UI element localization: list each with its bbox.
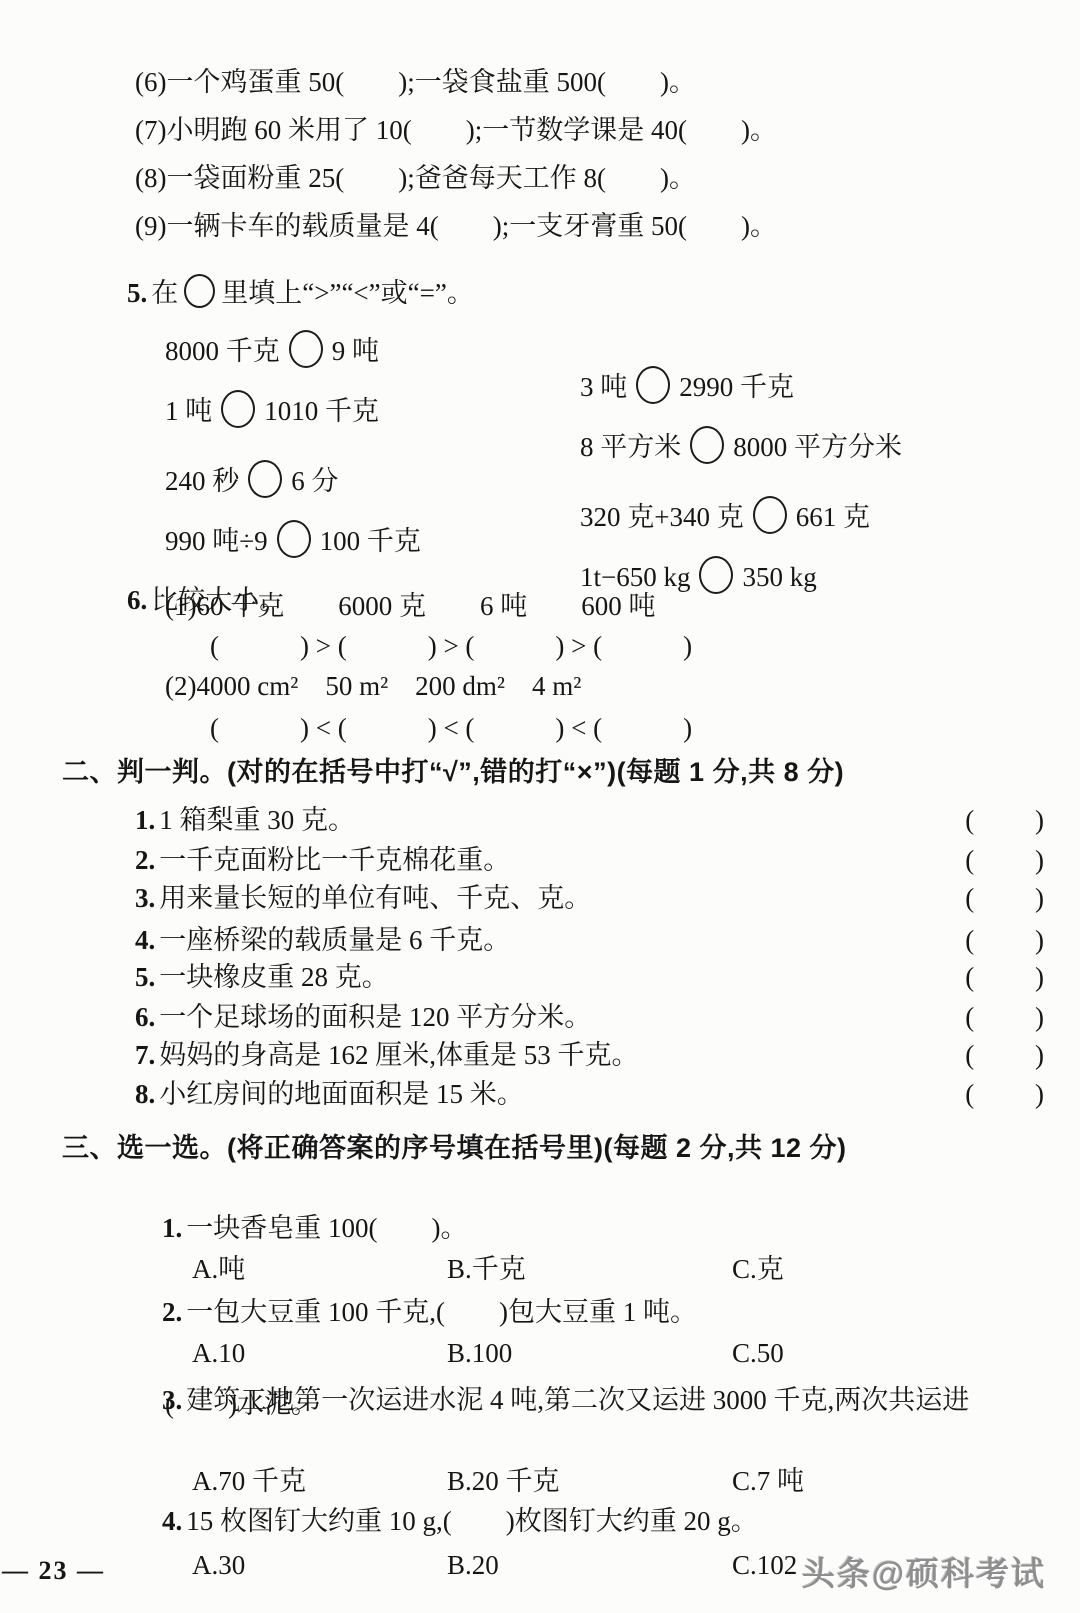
compare-right-value: 1010 千克 (264, 396, 379, 426)
judge-statement: 1 箱梨重 30 克。 (159, 805, 355, 835)
question-5-number: 5. (127, 278, 147, 308)
compare-left-value: 3 吨 (580, 372, 627, 402)
answer-paren-blank: ( ) (965, 842, 1044, 878)
answer-paren-blank: ( ) (965, 999, 1044, 1035)
judge-number: 6. (135, 1002, 155, 1032)
compare-right-value: 100 千克 (320, 526, 421, 556)
circle-blank (248, 460, 282, 498)
circle-blank (753, 496, 787, 534)
judge-text: 3.用来量长短的单位有吨、千克、克。 (135, 880, 591, 916)
section-2-header: 二、判一判。(对的在括号中打“√”,错的打“×”)(每题 1 分,共 8 分) (62, 754, 844, 790)
judge-number: 8. (135, 1079, 155, 1109)
comparison-row-4: 990 吨÷9100 千克 1t−650 kg350 kg (0, 484, 27, 628)
judge-statement: 小红房间的地面面积是 15 米。 (159, 1079, 524, 1109)
circle-blank (690, 426, 724, 464)
judge-item-4: 4.一座桥梁的载质量是 6 千克。( ) (135, 922, 1044, 958)
compare-left-value: 1 吨 (165, 396, 212, 426)
q6-parens-row-2: ( ) < ( ) < ( ) < ( ) (210, 710, 692, 746)
option-a: A.30 (192, 1547, 447, 1583)
answer-paren-blank: ( ) (965, 802, 1044, 838)
choice-4-options: A.30B.20C.102 (165, 1511, 797, 1613)
circle-blank (184, 274, 215, 308)
judge-number: 3. (135, 883, 155, 913)
option-c: C.克 (732, 1251, 784, 1287)
judge-item-8: 8.小红房间的地面面积是 15 米。( ) (135, 1076, 1044, 1112)
compare-left-value: 8 平方米 (580, 432, 681, 462)
compare-right-value: 2990 千克 (679, 372, 794, 402)
answer-paren-blank: ( ) (965, 922, 1044, 958)
q6-values-row-1: (1)60 千克 6000 克 6 吨 600 吨 (165, 588, 655, 624)
q6-values-row-2: (2)4000 cm² 50 m² 200 dm² 4 m² (165, 668, 581, 704)
question-6-number: 6. (127, 585, 147, 615)
comparison-cell: 240 秒6 分 (165, 460, 339, 501)
fill-item-6: (6)一个鸡蛋重 50( );一袋食盐重 500( )。 (135, 64, 696, 100)
compare-right-value: 661 克 (796, 502, 870, 532)
question-5-prefix: 在 (151, 278, 178, 308)
judge-text: 7.妈妈的身高是 162 厘米,体重是 53 千克。 (135, 1037, 639, 1073)
comparison-cell: 8 平方米8000 平方分米 (580, 426, 902, 467)
judge-statement: 一千克面粉比一千克棉花重。 (159, 845, 510, 875)
circle-blank (221, 390, 255, 428)
judge-number: 4. (135, 925, 155, 955)
choice-question-3-continuation: ( )水泥。 (165, 1386, 318, 1422)
judge-number: 5. (135, 962, 155, 992)
circle-blank (636, 366, 670, 404)
judge-text: 5.一块橡皮重 28 克。 (135, 959, 389, 995)
worksheet-page: (6)一个鸡蛋重 50( );一袋食盐重 500( )。 (7)小明跑 60 米… (0, 0, 1080, 1613)
judge-text: 1.1 箱梨重 30 克。 (135, 802, 355, 838)
answer-paren-blank: ( ) (965, 1076, 1044, 1112)
judge-number: 1. (135, 805, 155, 835)
judge-text: 6.一个足球场的面积是 120 平方分米。 (135, 999, 591, 1035)
judge-number: 2. (135, 845, 155, 875)
compare-right-value: 350 kg (742, 562, 816, 592)
fill-item-8: (8)一袋面粉重 25( );爸爸每天工作 8( )。 (135, 160, 696, 196)
comparison-cell: 320 克+340 克661 克 (580, 496, 870, 537)
judge-item-6: 6.一个足球场的面积是 120 平方分米。( ) (135, 999, 1044, 1035)
answer-paren-blank: ( ) (965, 1037, 1044, 1073)
compare-left-value: 8000 千克 (165, 336, 280, 366)
judge-item-1: 1.1 箱梨重 30 克。( ) (135, 802, 1044, 838)
circle-blank (289, 330, 323, 368)
comparison-cell: 8000 千克9 吨 (165, 330, 379, 371)
comparison-cell: 1 吨1010 千克 (165, 390, 379, 431)
fill-item-7: (7)小明跑 60 米用了 10( );一节数学课是 40( )。 (135, 112, 777, 148)
option-c: C.102 (732, 1547, 797, 1583)
compare-right-value: 6 分 (291, 466, 338, 496)
watermark: 头条@硕科考试 (802, 1548, 1046, 1595)
judge-item-3: 3.用来量长短的单位有吨、千克、克。( ) (135, 880, 1044, 916)
circle-blank (699, 556, 733, 594)
judge-text: 4.一座桥梁的载质量是 6 千克。 (135, 922, 510, 958)
q6-parens-row-1: ( ) > ( ) > ( ) > ( ) (210, 628, 692, 664)
answer-paren-blank: ( ) (965, 959, 1044, 995)
section-3-header: 三、选一选。(将正确答案的序号填在括号里)(每题 2 分,共 12 分) (62, 1130, 847, 1166)
judge-item-5: 5.一块橡皮重 28 克。( ) (135, 959, 1044, 995)
question-5-suffix: 里填上“>”“<”或“=”。 (221, 278, 474, 308)
compare-left-value: 240 秒 (165, 466, 239, 496)
judge-statement: 一个足球场的面积是 120 平方分米。 (159, 1002, 591, 1032)
judge-item-7: 7.妈妈的身高是 162 厘米,体重是 53 千克。( ) (135, 1037, 1044, 1073)
judge-statement: 妈妈的身高是 162 厘米,体重是 53 千克。 (159, 1040, 638, 1070)
judge-statement: 一块橡皮重 28 克。 (159, 962, 389, 992)
answer-paren-blank: ( ) (965, 880, 1044, 916)
page-number: — 23 — (2, 1556, 105, 1586)
judge-number: 7. (135, 1040, 155, 1070)
comparison-cell: 3 吨2990 千克 (580, 366, 794, 407)
judge-statement: 用来量长短的单位有吨、千克、克。 (159, 883, 591, 913)
judge-text: 8.小红房间的地面面积是 15 米。 (135, 1076, 524, 1112)
compare-right-value: 8000 平方分米 (733, 432, 902, 462)
judge-item-2: 2.一千克面粉比一千克棉花重。( ) (135, 842, 1044, 878)
judge-text: 2.一千克面粉比一千克棉花重。 (135, 842, 510, 878)
option-b: B.20 (447, 1547, 732, 1583)
compare-left-value: 320 克+340 克 (580, 502, 744, 532)
judge-statement: 一座桥梁的载质量是 6 千克。 (159, 925, 510, 955)
compare-right-value: 9 吨 (332, 336, 379, 366)
